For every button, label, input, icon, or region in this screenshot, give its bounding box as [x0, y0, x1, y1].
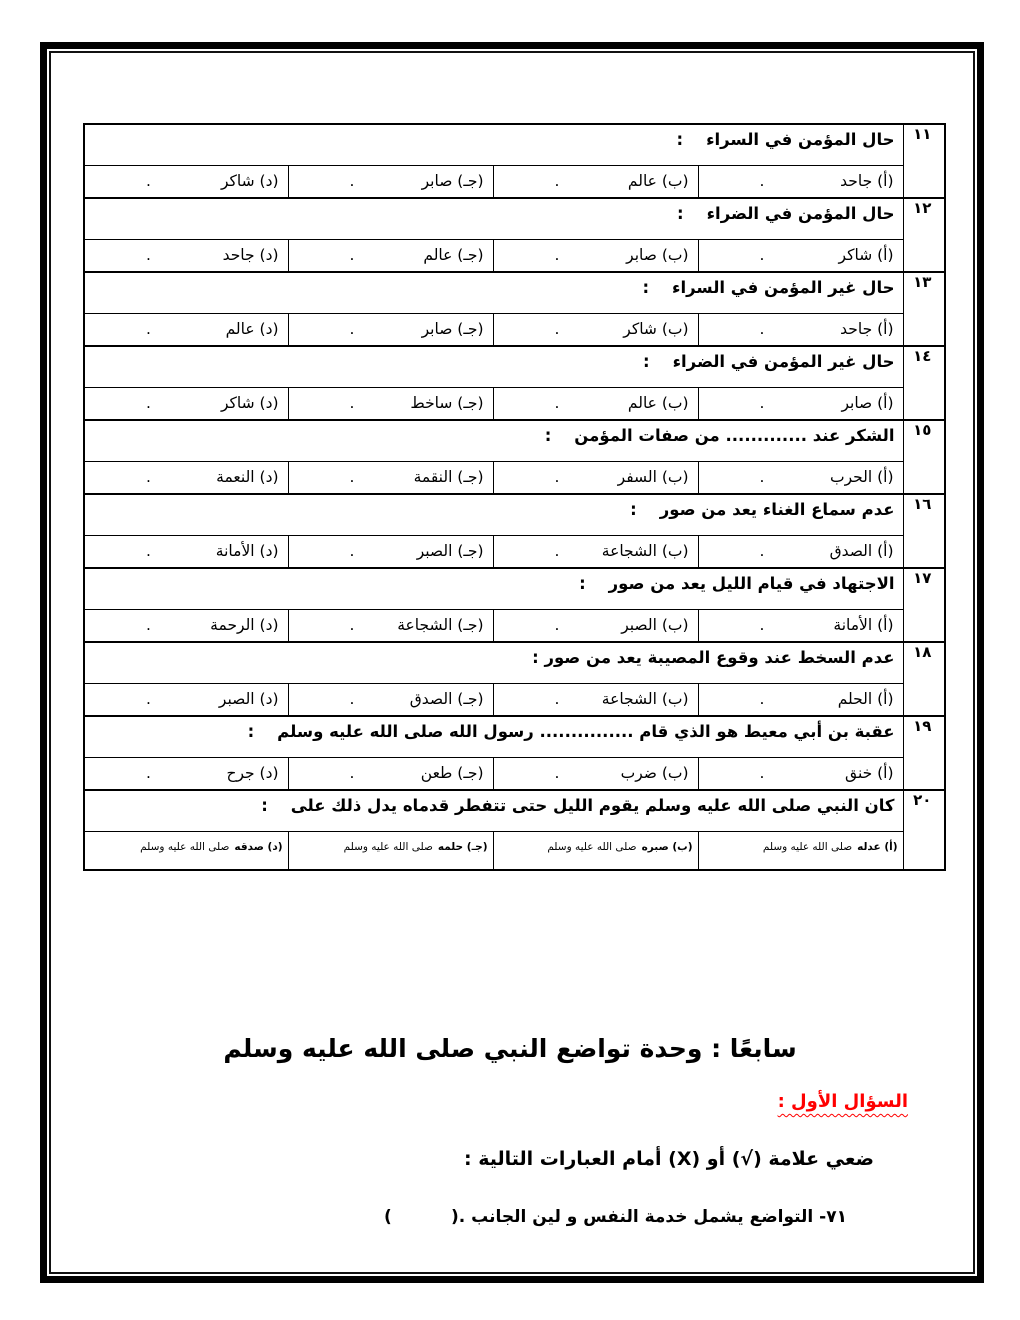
- option-label: (أ) عدله: [857, 841, 897, 853]
- option-cell: (ب) شاكر.: [493, 313, 698, 346]
- option-cell: (ب) صابر.: [493, 239, 698, 272]
- true-false-item-71: ٧١- التواضع يشمل خدمة النفس و لين الجانب…: [384, 1207, 847, 1227]
- option-label: (د) الرحمة: [210, 616, 278, 634]
- option-label: (جـ) النقمة: [414, 468, 484, 486]
- option-cell: (د) جاحد.: [84, 239, 288, 272]
- option-cell: (أ) جاحد.: [698, 165, 903, 198]
- option-label: (جـ) الصدق: [410, 690, 484, 708]
- option-dot: .: [146, 394, 151, 412]
- option-label: (ب) صبره: [642, 841, 693, 853]
- question-row: ٢٠ كان النبي صلى الله عليه وسلم يقوم الل…: [84, 790, 945, 831]
- option-label: (أ) الصدق: [830, 542, 894, 560]
- row-number-cell: ١٥: [903, 420, 945, 494]
- question-cell: عدم سماع الغناء يعد من صور :: [84, 494, 903, 535]
- mcq-table: ١١ حال المؤمن في السراء : (أ) جاحد. (ب) …: [83, 123, 946, 871]
- question-cell: حال غير المؤمن في السراء :: [84, 272, 903, 313]
- option-label: (ب) صابر: [626, 246, 688, 264]
- option-cell: (ب) صبرهصلى الله عليه وسلم: [493, 831, 698, 870]
- question-row: ١٤ حال غير المؤمن في الضراء :: [84, 346, 945, 387]
- option-label: (جـ) حلمه: [438, 841, 488, 853]
- row-number-cell: ٢٠: [903, 790, 945, 870]
- options-row: (أ) شاكر. (ب) صابر. (جـ) عالم. (د) جاحد.: [84, 239, 945, 272]
- row-number-cell: ١٧: [903, 568, 945, 642]
- instruction-line: ضعي علامة (√) أو (X) أمام العبارات التال…: [464, 1148, 874, 1170]
- option-cell: (د) الصبر.: [84, 683, 288, 716]
- option-label: (أ) صابر: [841, 394, 893, 412]
- option-dot: .: [555, 616, 560, 634]
- option-cell: (جـ) طعن.: [288, 757, 493, 790]
- question-cell: الاجتهاد في قيام الليل يعد من صور :: [84, 568, 903, 609]
- option-cell: (د) شاكر.: [84, 165, 288, 198]
- option-label: (د) شاكر: [221, 394, 279, 412]
- option-dot: .: [146, 172, 151, 190]
- question-cell: حال المؤمن في الضراء :: [84, 198, 903, 239]
- option-label: (ب) السفر: [618, 468, 689, 486]
- options-row: (أ) خنق. (ب) ضرب. (جـ) طعن. (د) جرح.: [84, 757, 945, 790]
- option-label: (ب) شاكر: [623, 320, 688, 338]
- option-cell: (د) النعمة.: [84, 461, 288, 494]
- option-suffix: صلى الله عليه وسلم: [140, 841, 229, 853]
- option-cell: (ب) الشجاعة.: [493, 535, 698, 568]
- option-cell: (جـ) النقمة.: [288, 461, 493, 494]
- option-cell: (د) شاكر.: [84, 387, 288, 420]
- question-cell: الشكر عند ............. من صفات المؤمن :: [84, 420, 903, 461]
- question-cell: حال غير المؤمن في الضراء :: [84, 346, 903, 387]
- question-cell: عقبة بن أبي معيط هو الذي قام ...........…: [84, 716, 903, 757]
- option-dot: .: [146, 616, 151, 634]
- option-cell: (أ) صابر.: [698, 387, 903, 420]
- option-label: (د) شاكر: [221, 172, 279, 190]
- option-cell: (جـ) صابر.: [288, 165, 493, 198]
- option-suffix: صلى الله عليه وسلم: [344, 841, 433, 853]
- option-cell: (أ) عدلهصلى الله عليه وسلم: [698, 831, 903, 870]
- option-cell: (ب) الصبر.: [493, 609, 698, 642]
- option-label: (أ) جاحد: [840, 172, 893, 190]
- question-row: ١٣ حال غير المؤمن في السراء :: [84, 272, 945, 313]
- option-dot: .: [146, 246, 151, 264]
- option-label: (جـ) صابر: [422, 320, 484, 338]
- option-label: (ب) الشجاعة: [602, 690, 689, 708]
- option-dot: .: [350, 690, 355, 708]
- options-row: (أ) الحرب. (ب) السفر. (جـ) النقمة. (د) ا…: [84, 461, 945, 494]
- option-suffix: صلى الله عليه وسلم: [547, 841, 636, 853]
- options-row: (أ) الأمانة. (ب) الصبر. (جـ) الشجاعة. (د…: [84, 609, 945, 642]
- option-label: (أ) جاحد: [840, 320, 893, 338]
- option-dot: .: [350, 764, 355, 782]
- option-dot: .: [146, 542, 151, 560]
- question-row: ١٢ حال المؤمن في الضراء :: [84, 198, 945, 239]
- question-row: ١٩ عقبة بن أبي معيط هو الذي قام ........…: [84, 716, 945, 757]
- question-cell: عدم السخط عند وقوع المصيبة يعد من صور :: [84, 642, 903, 683]
- option-dot: .: [350, 616, 355, 634]
- option-label: (ب) عالم: [628, 172, 689, 190]
- option-dot: .: [760, 764, 765, 782]
- question-cell: حال المؤمن في السراء :: [84, 124, 903, 165]
- option-cell: (أ) الحلم.: [698, 683, 903, 716]
- option-dot: .: [555, 320, 560, 338]
- question-header: السؤال الأول :: [778, 1091, 908, 1112]
- option-cell: (جـ) حلمهصلى الله عليه وسلم: [288, 831, 493, 870]
- option-dot: .: [760, 542, 765, 560]
- options-row: (أ) الصدق. (ب) الشجاعة. (جـ) الصبر. (د) …: [84, 535, 945, 568]
- option-dot: .: [555, 542, 560, 560]
- option-cell: (جـ) الشجاعة.: [288, 609, 493, 642]
- option-label: (أ) الأمانة: [833, 616, 893, 634]
- section-title: سابعًا : وحدة تواضع النبي صلى الله عليه …: [0, 1034, 1020, 1063]
- option-dot: .: [760, 616, 765, 634]
- option-label: (ب) الشجاعة: [602, 542, 689, 560]
- option-label: (د) جاحد: [223, 246, 279, 264]
- question-row: ١٥ الشكر عند ............. من صفات المؤم…: [84, 420, 945, 461]
- row-number-cell: ١٦: [903, 494, 945, 568]
- option-cell: (ب) الشجاعة.: [493, 683, 698, 716]
- option-suffix: صلى الله عليه وسلم: [763, 841, 852, 853]
- option-label: (ب) ضرب: [621, 764, 689, 782]
- option-cell: (د) عالم.: [84, 313, 288, 346]
- option-dot: .: [146, 468, 151, 486]
- option-cell: (جـ) عالم.: [288, 239, 493, 272]
- option-cell: (أ) الصدق.: [698, 535, 903, 568]
- option-label: (أ) الحرب: [830, 468, 894, 486]
- option-dot: .: [760, 320, 765, 338]
- option-label: (ب) عالم: [628, 394, 689, 412]
- option-cell: (أ) خنق.: [698, 757, 903, 790]
- option-label: (أ) الحلم: [838, 690, 894, 708]
- option-dot: .: [350, 394, 355, 412]
- option-cell: (د) جرح.: [84, 757, 288, 790]
- option-dot: .: [760, 394, 765, 412]
- option-dot: .: [760, 468, 765, 486]
- option-dot: .: [350, 542, 355, 560]
- option-dot: .: [555, 468, 560, 486]
- option-label: (د) صدقه: [234, 841, 282, 853]
- row-number-cell: ١٢: [903, 198, 945, 272]
- question-row: ١٦ عدم سماع الغناء يعد من صور :: [84, 494, 945, 535]
- option-label: (د) النعمة: [216, 468, 278, 486]
- option-label: (د) الصبر: [219, 690, 279, 708]
- option-dot: .: [760, 172, 765, 190]
- options-row: (أ) جاحد. (ب) عالم. (جـ) صابر. (د) شاكر.: [84, 165, 945, 198]
- option-cell: (أ) الحرب.: [698, 461, 903, 494]
- option-cell: (جـ) الصدق.: [288, 683, 493, 716]
- row-number-cell: ١١: [903, 124, 945, 198]
- option-cell: (ب) ضرب.: [493, 757, 698, 790]
- option-cell: (أ) جاحد.: [698, 313, 903, 346]
- row-number-cell: ١٩: [903, 716, 945, 790]
- option-label: (جـ) طعن: [421, 764, 484, 782]
- option-dot: .: [555, 690, 560, 708]
- option-label: (د) عالم: [226, 320, 279, 338]
- options-row: (أ) عدلهصلى الله عليه وسلم (ب) صبرهصلى ا…: [84, 831, 945, 870]
- option-cell: (ب) عالم.: [493, 387, 698, 420]
- option-dot: .: [555, 172, 560, 190]
- option-dot: .: [350, 320, 355, 338]
- question-row: ١٨ عدم السخط عند وقوع المصيبة يعد من صور…: [84, 642, 945, 683]
- question-row: ١٧ الاجتهاد في قيام الليل يعد من صور :: [84, 568, 945, 609]
- option-cell: (د) صدقهصلى الله عليه وسلم: [84, 831, 288, 870]
- option-label: (د) الأمانة: [216, 542, 279, 560]
- option-label: (ب) الصبر: [621, 616, 688, 634]
- option-cell: (جـ) صابر.: [288, 313, 493, 346]
- row-number-cell: ١٣: [903, 272, 945, 346]
- option-label: (جـ) ساخط: [410, 394, 483, 412]
- option-label: (أ) خنق: [845, 764, 894, 782]
- question-row: ١١ حال المؤمن في السراء :: [84, 124, 945, 165]
- option-cell: (أ) الأمانة.: [698, 609, 903, 642]
- option-dot: .: [146, 690, 151, 708]
- option-cell: (د) الرحمة.: [84, 609, 288, 642]
- option-label: (أ) شاكر: [839, 246, 894, 264]
- row-number-cell: ١٤: [903, 346, 945, 420]
- options-row: (أ) جاحد. (ب) شاكر. (جـ) صابر. (د) عالم.: [84, 313, 945, 346]
- option-label: (جـ) صابر: [422, 172, 484, 190]
- mcq-table-container: ١١ حال المؤمن في السراء : (أ) جاحد. (ب) …: [83, 123, 946, 871]
- row-number-cell: ١٨: [903, 642, 945, 716]
- options-row: (أ) صابر. (ب) عالم. (جـ) ساخط. (د) شاكر.: [84, 387, 945, 420]
- option-cell: (ب) السفر.: [493, 461, 698, 494]
- option-dot: .: [760, 246, 765, 264]
- option-label: (جـ) الشجاعة: [397, 616, 483, 634]
- option-dot: .: [555, 764, 560, 782]
- option-label: (جـ) عالم: [423, 246, 483, 264]
- option-dot: .: [146, 764, 151, 782]
- option-cell: (ب) عالم.: [493, 165, 698, 198]
- option-dot: .: [555, 394, 560, 412]
- option-label: (د) جرح: [226, 764, 278, 782]
- option-dot: .: [146, 320, 151, 338]
- option-dot: .: [555, 246, 560, 264]
- option-cell: (أ) شاكر.: [698, 239, 903, 272]
- option-dot: .: [760, 690, 765, 708]
- option-dot: .: [350, 172, 355, 190]
- option-cell: (د) الأمانة.: [84, 535, 288, 568]
- option-label: (جـ) الصبر: [417, 542, 484, 560]
- option-dot: .: [350, 246, 355, 264]
- option-cell: (جـ) ساخط.: [288, 387, 493, 420]
- option-cell: (جـ) الصبر.: [288, 535, 493, 568]
- options-row: (أ) الحلم. (ب) الشجاعة. (جـ) الصدق. (د) …: [84, 683, 945, 716]
- option-dot: .: [350, 468, 355, 486]
- question-cell: كان النبي صلى الله عليه وسلم يقوم الليل …: [84, 790, 903, 831]
